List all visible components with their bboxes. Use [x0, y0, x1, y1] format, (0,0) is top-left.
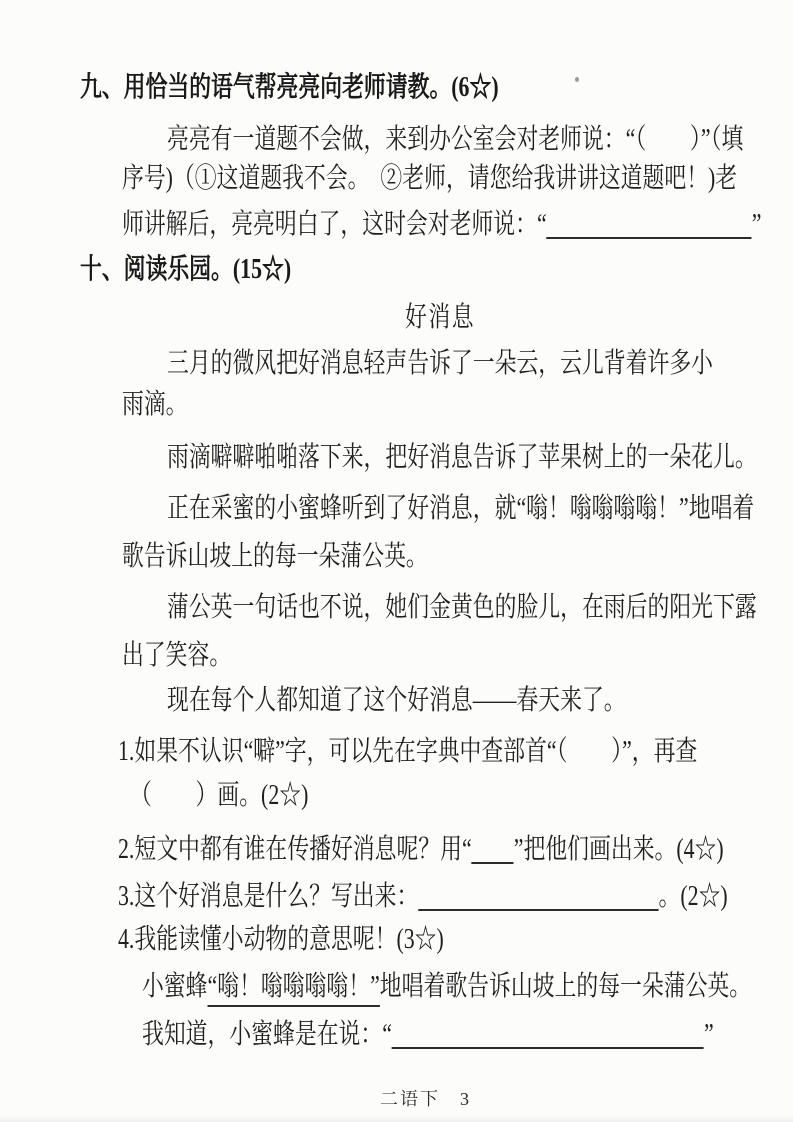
underlined-quote: “嗡！嗡嗡嗡嗡！” — [208, 971, 380, 1007]
section-9-heading: 九、用恰当的语气帮亮亮向老师请教。(6☆) — [80, 65, 499, 111]
answer-blank-mark — [472, 858, 514, 864]
question-4-sentence-post: 地唱着歌告诉山坡上的每一朵蒲公英。 — [380, 971, 751, 1002]
question-4-sentence: 小蜜蜂“嗡！嗡嗡嗡嗡！”地唱着歌告诉山坡上的每一朵蒲公英。 — [142, 964, 751, 1010]
answer-blank-bee-says — [392, 1043, 704, 1049]
closing-quote: ” — [752, 209, 762, 240]
passage-line: 出了笑容。 — [122, 633, 231, 679]
passage-line: 三月的微风把好消息轻声告诉了一朵云，云儿背着许多小 — [167, 341, 713, 387]
section-9-line-3-text: 师讲解后，亮亮明白了，这时会对老师说：“ — [122, 209, 547, 240]
passage-title: 好消息 — [405, 295, 475, 341]
question-1-line-2: （ ）画。(2☆) — [130, 773, 308, 819]
closing-quote: ” — [704, 1019, 714, 1050]
passage-line: 现在每个人都知道了这个好消息——春天来了。 — [167, 678, 626, 724]
question-4-answer-pre: 我知道，小蜜蜂是在说：“ — [142, 1019, 392, 1050]
page-footer: 二语下 3 — [380, 1084, 471, 1114]
section-9-line-2: 序号)（①这道题我不会。 ②老师，请您给我讲讲这道题吧！)老 — [122, 156, 737, 202]
test-paper-page: 九、用恰当的语气帮亮亮向老师请教。(6☆) 亮亮有一道题不会做，来到办公室会对老… — [0, 0, 793, 1122]
page-bottom-edge — [0, 1116, 793, 1122]
answer-blank-write — [418, 905, 658, 911]
section-9-line-3: 师讲解后，亮亮明白了，这时会对老师说：“” — [122, 202, 762, 248]
answer-blank-reply — [547, 233, 752, 239]
question-1-line-1: 1.如果不认识“噼”字，可以先在字典中查部首“（ ）”，再查 — [118, 729, 697, 775]
question-4-answer-line: 我知道，小蜜蜂是在说：“” — [142, 1012, 714, 1058]
passage-line: 雨滴噼噼啪啪落下来，把好消息告诉了苹果树上的一朵花儿。 — [167, 435, 757, 481]
question-3-text-pre: 3.这个好消息是什么？写出来： — [118, 881, 418, 912]
scan-ink-speck — [575, 77, 579, 82]
question-2-text-pre: 2.短文中都有谁在传播好消息呢？用“ — [118, 834, 472, 865]
question-4-heading: 4.我能读懂小动物的意思呢！(3☆) — [118, 917, 444, 963]
passage-line: 正在采蜜的小蜜蜂听到了好消息，就“嗡！嗡嗡嗡嗡！”地唱着 — [167, 486, 754, 532]
question-4-sentence-pre: 小蜜蜂 — [142, 971, 208, 1002]
section-10-heading: 十、阅读乐园。(15☆) — [80, 247, 291, 293]
passage-line: 蒲公英一句话也不说，她们金黄色的脸儿，在雨后的阳光下露 — [167, 585, 757, 631]
passage-line: 雨滴。 — [122, 382, 188, 428]
question-2-text-post: ”把他们画出来。(4☆) — [514, 834, 724, 865]
question-2: 2.短文中都有谁在传播好消息呢？用“”把他们画出来。(4☆) — [118, 827, 724, 873]
question-3-text-post: 。(2☆) — [659, 881, 728, 912]
passage-line: 歌告诉山坡上的每一朵蒲公英。 — [122, 534, 428, 580]
question-3: 3.这个好消息是什么？写出来：。(2☆) — [118, 874, 728, 920]
